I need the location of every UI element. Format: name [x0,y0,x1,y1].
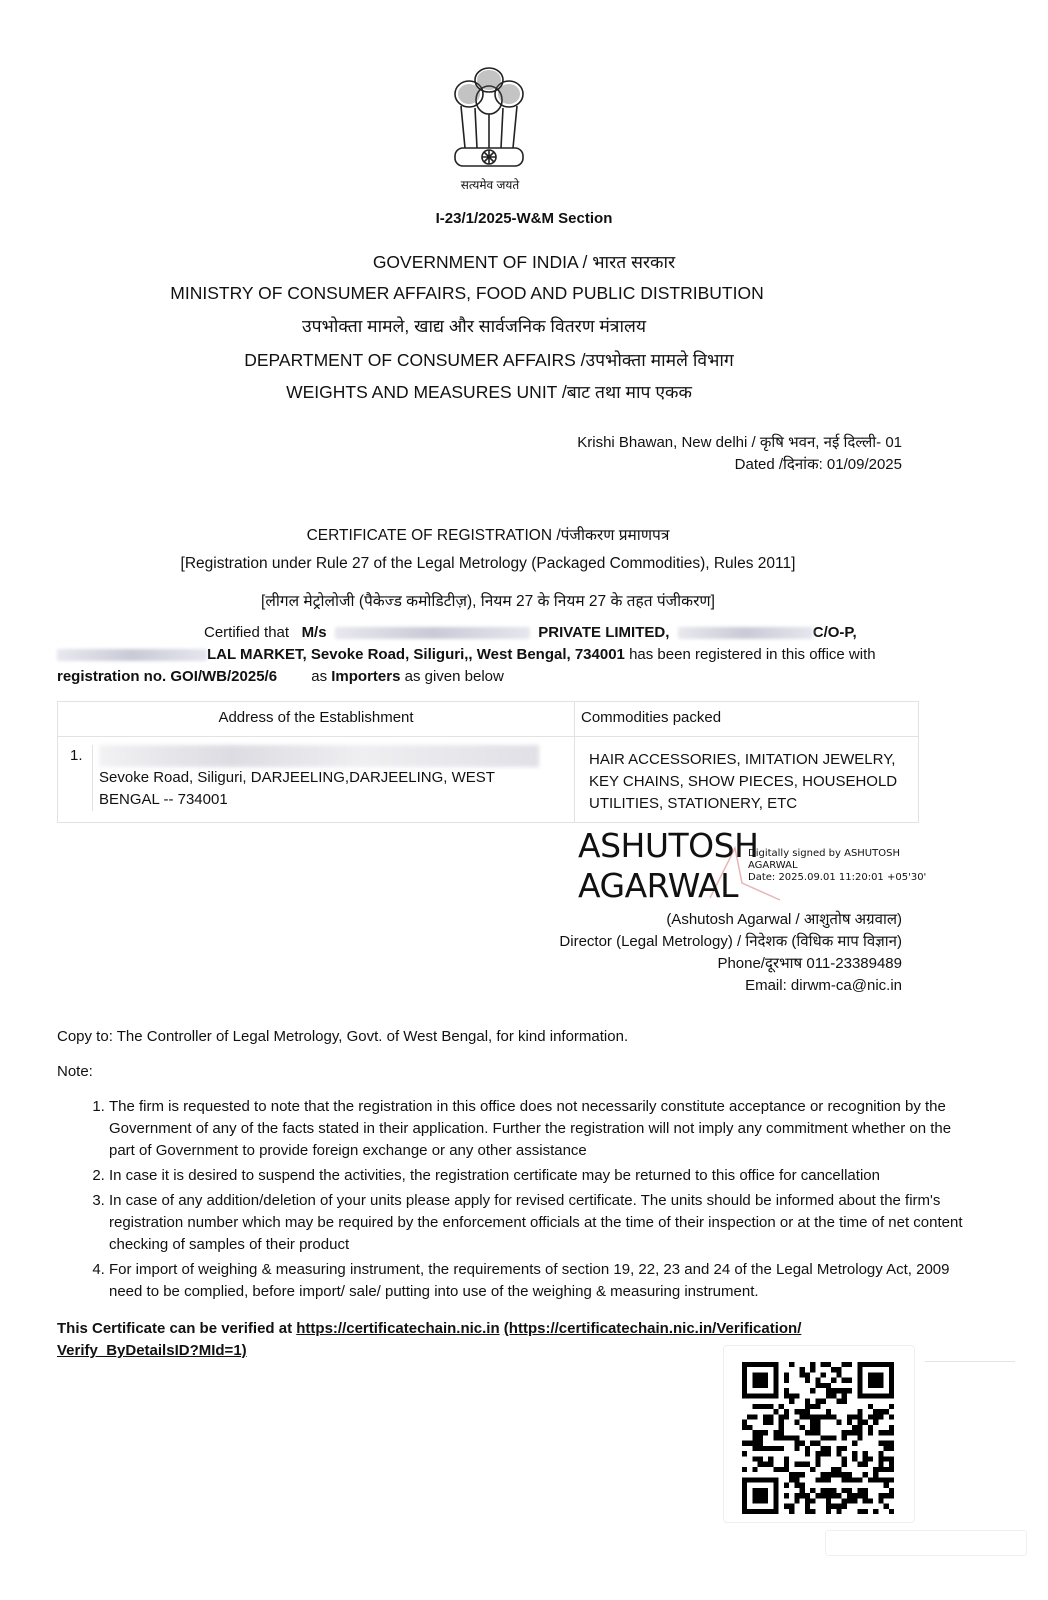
certified-lead: Certified that [204,624,289,641]
digital-signature-date: Date: 2025.09.01 11:20:01 +05'30' [748,872,926,884]
digitally-signed-name: AGARWAL [748,860,926,872]
digital-signature-name: ASHUTOSH AGARWAL [578,826,758,906]
certification-paragraph: Certified that M/s PRIVATE LIMITED, C/O-… [57,622,919,688]
digital-signature-details: Digitally signed by ASHUTOSH AGARWAL Dat… [748,848,926,884]
signer-designation: Director (Legal Metrology) / निदेशक (विध… [559,931,902,953]
place-date-block: Krishi Bhawan, New delhi / कृषि भवन, नई … [577,432,902,476]
header-commodities: Commodities packed [575,702,919,737]
row-number: 1. [70,745,92,764]
header-unit: WEIGHTS AND MEASURES UNIT /बाट तथा माप ए… [0,380,1013,404]
address-tail: C/O-P, [813,624,857,641]
note-item: The firm is requested to note that the r… [109,1096,971,1162]
establishment-address: Sevoke Road, Siliguri, DARJEELING,DARJEE… [99,767,539,811]
qr-code-icon[interactable] [742,1362,894,1514]
registered-text: has been registered in this office with [629,646,876,663]
header-ministry-hindi: उपभोक्ता मामले, खाद्य और सार्वजनिक वितरण… [0,314,998,338]
registration-label: registration no. [57,668,166,685]
table-header-row: Address of the Establishment Commodities… [58,702,919,737]
certificate-title: CERTIFICATE OF REGISTRATION /पंजीकरण प्र… [0,523,1012,545]
copy-to: Copy to: The Controller of Legal Metrolo… [57,1028,628,1045]
issue-date: Dated /दिनांक: 01/09/2025 [577,454,902,476]
as-text: as [311,668,327,685]
given-below-text: as given below [405,668,504,685]
note-item: In case it is desired to suspend the act… [109,1165,971,1187]
establishment-table: Address of the Establishment Commodities… [57,701,919,823]
address-line2: LAL MARKET, Sevoke Road, Siliguri,, West… [207,646,625,663]
signature-name-line2: AGARWAL [578,866,758,906]
signer-name: (Ashutosh Agarwal / आशुतोष अग्रवाल) [559,909,902,931]
verify-lead: This Certificate can be verified at [57,1320,292,1337]
header-government: GOVERNMENT OF INDIA / भारत सरकार [0,250,1048,274]
header-address: Address of the Establishment [58,702,575,737]
notes-list: The firm is requested to note that the r… [57,1096,971,1306]
registration-number: GOI/WB/2025/6 [170,668,277,685]
signer-email: Email: dirwm-ca@nic.in [559,975,902,997]
redacted-company-name [335,627,530,639]
certificate-subtitle-english: [Registration under Rule 27 of the Legal… [0,555,1012,573]
registration-role: Importers [331,668,400,685]
redacted-address-line2 [57,649,207,661]
redacted-address-line [99,745,539,767]
certificate-subtitle-hindi: [लीगल मेट्रोलोजी (पैकेज्ड कमोडिटीज़), नि… [0,589,1012,611]
emblem-motto: सत्यमेव जयते [440,176,540,193]
signer-block: (Ashutosh Agarwal / आशुतोष अग्रवाल) Dire… [559,909,902,997]
file-reference: I-23/1/2025-W&M Section [0,210,1048,227]
national-emblem-icon [447,58,531,178]
signer-phone: Phone/दूरभाष 011-23389489 [559,953,902,975]
note-item: For import of weighing & measuring instr… [109,1259,971,1303]
digitally-signed-by: Digitally signed by ASHUTOSH [748,848,926,860]
redacted-address [678,627,813,639]
verify-link[interactable]: https://certificatechain.nic.in [296,1320,499,1337]
ms-prefix: M/s [302,624,327,641]
header-ministry: MINISTRY OF CONSUMER AFFAIRS, FOOD AND P… [0,283,991,304]
commodities-packed: HAIR ACCESSORIES, IMITATION JEWELRY, KEY… [575,737,919,823]
company-name-tail: PRIVATE LIMITED, [538,624,669,641]
divider [925,1361,1015,1362]
signature-name-line1: ASHUTOSH [578,826,758,866]
header-department: DEPARTMENT OF CONSUMER AFFAIRS /उपभोक्ता… [0,348,1013,372]
table-row: 1. Sevoke Road, Siliguri, DARJEELING,DAR… [58,737,919,823]
footer-box [825,1530,1027,1556]
note-item: In case of any addition/deletion of your… [109,1190,971,1256]
note-label: Note: [57,1063,93,1080]
issue-place: Krishi Bhawan, New delhi / कृषि भवन, नई … [577,432,902,454]
